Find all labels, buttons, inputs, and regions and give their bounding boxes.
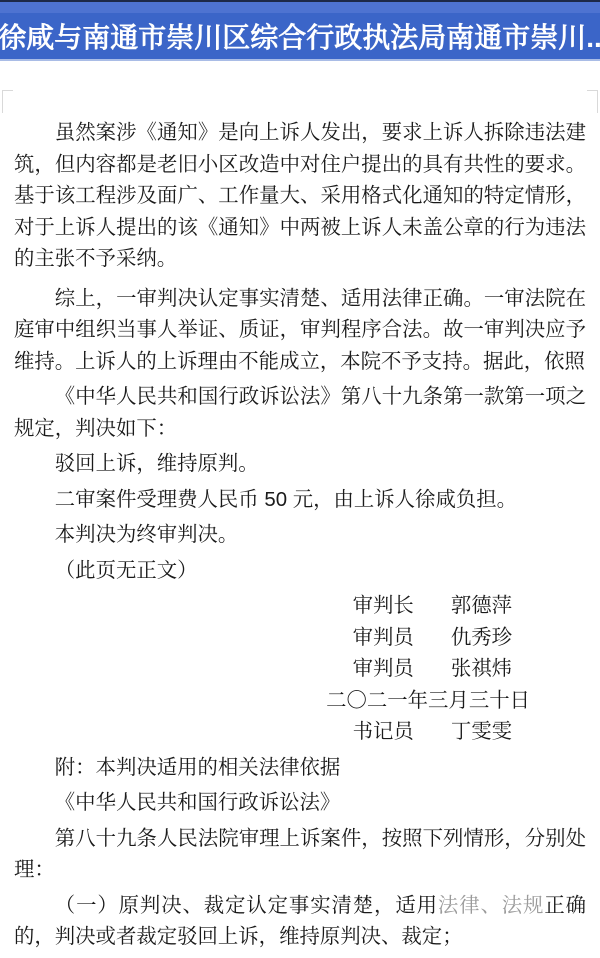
appendix-item-1: （一）原判决、裁定认定事实清楚，适用法律、法规正确的，判决或者裁定驳回上诉，维持… — [14, 891, 586, 954]
status-bar-strip — [0, 2, 600, 13]
judge-name: 仇秀珍 — [451, 623, 512, 655]
appendix-law-title: 《中华人民共和国行政诉讼法》 — [14, 788, 586, 820]
presiding-judge-line: 审判长郭德萍 — [14, 591, 586, 623]
signature-block: 审判长郭德萍 审判员仇秀珍 审判员张祺炜 二〇二一年三月三十日 书记员丁雯雯 — [14, 591, 586, 749]
judgment-fee-line: 二审案件受理费人民币 50 元，由上诉人徐咸负担。 — [14, 485, 586, 517]
judge-label: 审判员 — [353, 627, 414, 649]
presiding-judge-label: 审判长 — [353, 595, 414, 617]
judge-label: 审判员 — [353, 658, 414, 680]
judgment-paragraph-legal-basis: 《中华人民共和国行政诉讼法》第八十九条第一款第一项之规定，判决如下： — [14, 382, 586, 445]
no-text-notice: （此页无正文） — [14, 556, 586, 588]
clerk-name: 丁雯雯 — [451, 717, 512, 749]
appendix-item-1-prefix: （一）原判决、裁定认定事实清楚，适用 — [55, 895, 438, 917]
page-corner-right — [587, 90, 598, 113]
presiding-judge-name: 郭德萍 — [451, 591, 512, 623]
judgment-paragraph-conclusion: 综上，一审判决认定事实清楚、适用法律正确。一审法院在庭审中组织当事人举证、质证，… — [14, 284, 586, 379]
page-corner-left — [2, 90, 13, 113]
judgment-document: 虽然案涉《通知》是向上诉人发出，要求上诉人拆除违法建筑，但内容都是老旧小区改造中… — [0, 61, 600, 954]
appendix-article: 第八十九条人民法院审理上诉案件，按照下列情形，分别处理： — [14, 824, 586, 887]
judge-name: 张祺炜 — [451, 654, 512, 686]
clerk-label: 书记员 — [353, 721, 414, 743]
app-screen: 徐咸与南通市崇川区综合行政执法局南通市崇川.. 虽然案涉《通知》是向上诉人发出，… — [0, 0, 600, 958]
judgment-date-line: 二〇二一年三月三十日 — [14, 686, 586, 718]
judgment-paragraph-reasoning: 虽然案涉《通知》是向上诉人发出，要求上诉人拆除违法建筑，但内容都是老旧小区改造中… — [14, 118, 586, 276]
judge-line: 审判员张祺炜 — [14, 654, 586, 686]
judgment-final-line: 本判决为终审判决。 — [14, 520, 586, 552]
appendix-heading: 附：本判决适用的相关法律依据 — [14, 753, 586, 785]
app-title-bar[interactable]: 徐咸与南通市崇川区综合行政执法局南通市崇川.. — [0, 13, 600, 61]
clerk-line: 书记员丁雯雯 — [14, 717, 586, 749]
judge-line: 审判员仇秀珍 — [14, 623, 586, 655]
judgment-ruling-line: 驳回上诉，维持原判。 — [14, 449, 586, 481]
judgment-date: 二〇二一年三月三十日 — [326, 690, 530, 712]
page-title: 徐咸与南通市崇川区综合行政执法局南通市崇川.. — [0, 16, 600, 56]
appendix-item-1-faded: 法律、法规 — [438, 895, 544, 917]
